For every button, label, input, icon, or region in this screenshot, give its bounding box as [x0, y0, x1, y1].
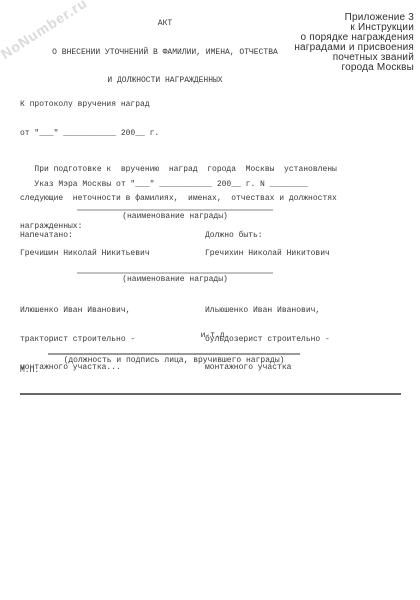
- signature-blank-rule: [48, 353, 300, 355]
- signature-caption: (должность и подпись лица, вручившего на…: [48, 356, 300, 366]
- award-name-blank-rule: [77, 272, 273, 274]
- intro-line: При подготовке к вручению наград города …: [20, 165, 337, 175]
- award-name-caption: (наименование награды): [77, 275, 273, 285]
- document-page: NoNumber.ru Приложение 3 к Инструкции о …: [0, 0, 420, 600]
- appendix-header-line: города Москвы: [294, 63, 414, 73]
- correct-column-label: Должно быть:: [205, 231, 263, 241]
- award-name-caption: (наименование награды): [77, 212, 273, 222]
- bottom-divider-rule: [20, 393, 401, 395]
- correct-name-line: Ильюшенко Иван Иванович,: [205, 306, 330, 316]
- award-name-field-1: (наименование награды): [77, 209, 273, 222]
- decree-blank-line: Указ Мэра Москвы от "___" ___________ 20…: [20, 180, 308, 190]
- etcetera-text: и т.д.: [20, 331, 410, 341]
- signature-field: (должность и подпись лица, вручившего на…: [48, 353, 300, 366]
- award-name-blank-rule: [77, 209, 273, 211]
- award-name-field-2: (наименование награды): [77, 272, 273, 285]
- correct-name: Гречихин Николай Никитович: [205, 249, 330, 259]
- correction-entry-2: Илюшенко Иван Иванович, тракторист строи…: [20, 287, 410, 325]
- intro-line: следующие неточности в фамилиях, именах,…: [20, 194, 337, 204]
- printed-column-label: Напечатано:: [20, 231, 73, 241]
- appendix-header: Приложение 3 к Инструкции о порядке нагр…: [294, 13, 414, 73]
- seal-mark: М.П.: [20, 366, 39, 376]
- printed-name: Гречишин Николай Никитьевич: [20, 249, 150, 259]
- printed-name-line: Илюшенко Иван Иванович,: [20, 306, 135, 316]
- protocol-reference-line: К протоколу вручения наград: [20, 100, 159, 110]
- protocol-date-blank: от "___" ___________ 200__ г.: [20, 129, 159, 139]
- act-title-line: О ВНЕСЕНИИ УТОЧНЕНИЙ В ФАМИЛИИ, ИМЕНА, О…: [0, 48, 330, 58]
